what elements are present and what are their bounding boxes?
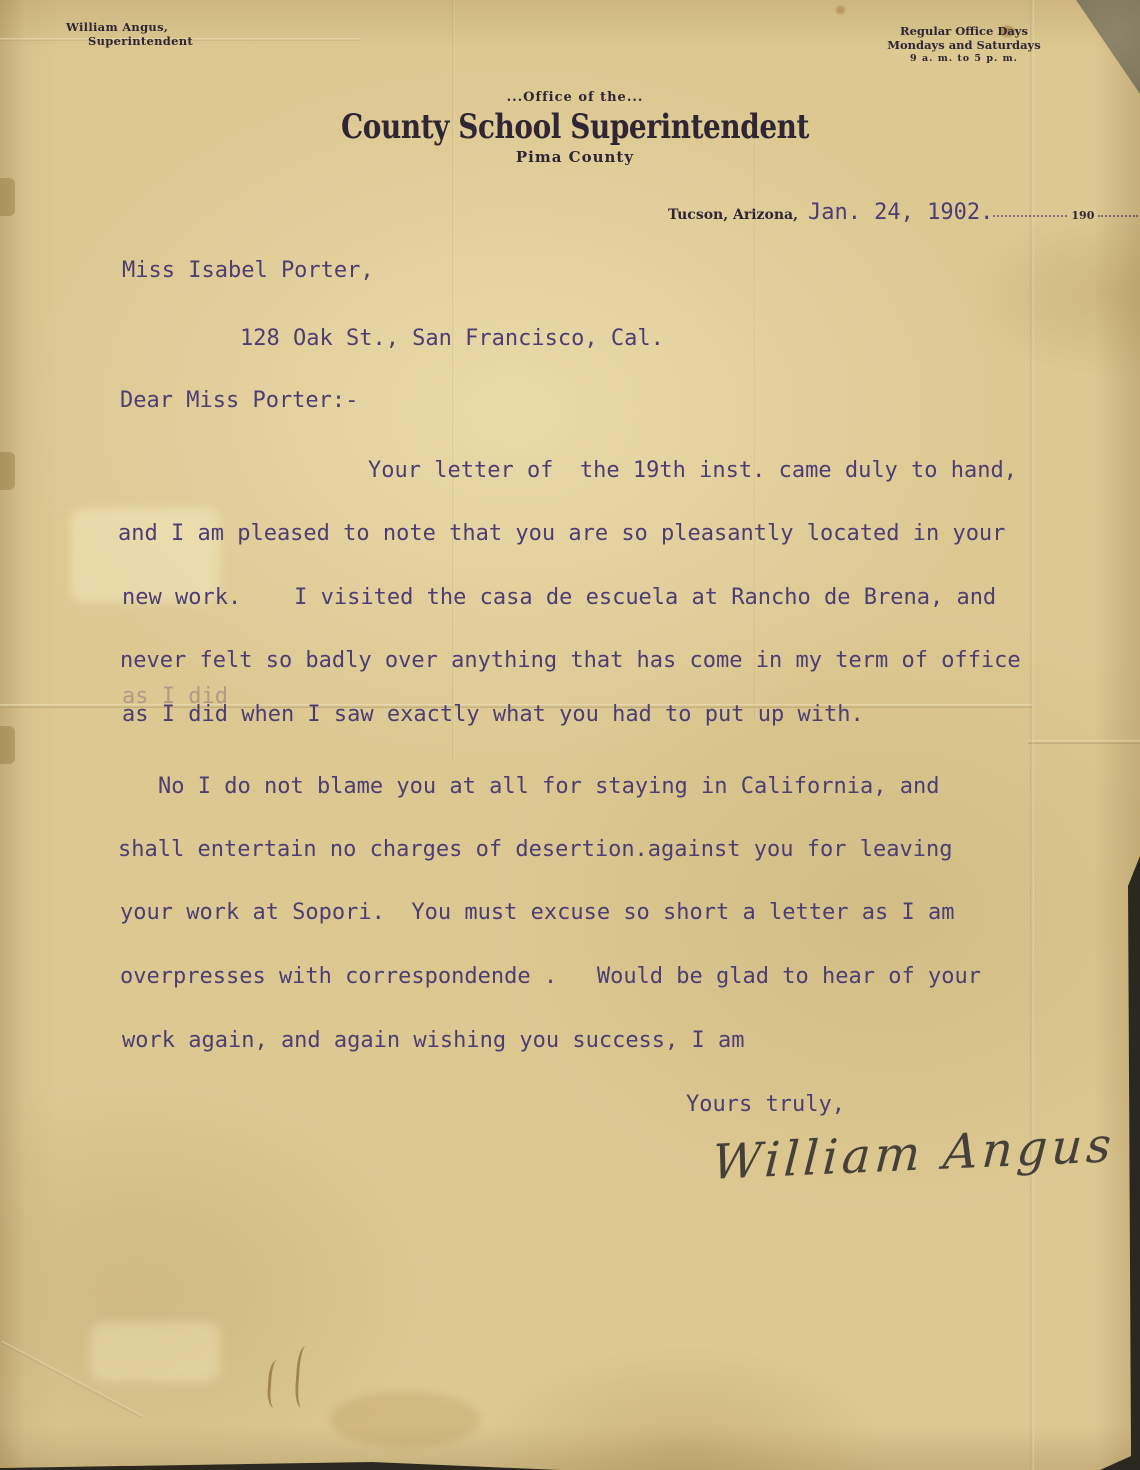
officer-title: Superintendent [66,34,193,48]
dateline-place: Tucson, Arizona, [668,207,798,223]
letter-line: No I do not blame you at all for staying… [158,774,939,799]
crease-bottom-left-corner [1,1341,144,1419]
letter-line: never felt so badly over anything that h… [120,648,1021,673]
pen-mark [266,1360,284,1409]
bottom-smudge-stain [330,1392,480,1447]
letter-line: shall entertain no charges of desertion.… [118,837,952,862]
dateline: Tucson, Arizona, Jan. 24, 1902. 190 [668,200,1138,225]
light-patch [90,1322,220,1382]
letter-line: overpresses with correspondende . Would … [120,964,981,989]
left-edge-tab [0,726,15,764]
recipient-line: Miss Isabel Porter, [122,258,374,283]
scanned-letter-background: William Angus, Superintendent Regular Of… [0,0,1140,1470]
letterhead-title: County School Superintendent [104,107,1047,147]
letter-line: your work at Sopori. You must excuse so … [120,900,954,925]
letterhead-center-block: ...Office of the... County School Superi… [0,90,1140,166]
letter-line: Your letter of the 19th inst. came duly … [368,458,1017,483]
letter-paper: William Angus, Superintendent Regular Of… [0,0,1140,1470]
officer-name: William Angus, [66,20,193,34]
handwritten-signature: William Angus [710,1117,1116,1191]
closing-line: Yours truly, [686,1092,845,1117]
letter-line: new work. I visited the casa de escuela … [122,585,996,610]
letterhead-officer-block: William Angus, Superintendent [66,20,193,48]
office-hours: 9 a. m. to 5 p. m. [854,52,1074,66]
office-days-line2: Mondays and Saturdays [854,38,1074,52]
letter-line: work again, and again wishing you succes… [122,1028,745,1053]
letterhead-county: Pima County [0,148,1140,166]
office-days-line1: Regular Office Days [854,24,1074,38]
salutation-line: Dear Miss Porter:- [120,388,358,413]
letterhead-office-days-block: Regular Office Days Mondays and Saturday… [854,24,1074,66]
office-of-line: ...Office of the... [0,90,1140,105]
dateline-dotted-rule [1098,214,1138,217]
letter-line: as I did when I saw exactly what you had… [122,702,864,727]
left-edge-tab [0,452,15,490]
rust-stain [836,6,845,14]
letter-line: and I am pleased to note that you are so… [118,521,1005,546]
fold-crease-horizontal-right [1028,740,1140,744]
address-line: 128 Oak St., San Francisco, Cal. [240,326,664,351]
left-edge-tab [0,178,15,216]
dateline-dotted-rule [993,214,1067,217]
dateline-typed-date: Jan. 24, 1902. [808,200,993,225]
pen-mark [294,1346,313,1409]
dateline-year-stub: 190 [1071,209,1094,222]
